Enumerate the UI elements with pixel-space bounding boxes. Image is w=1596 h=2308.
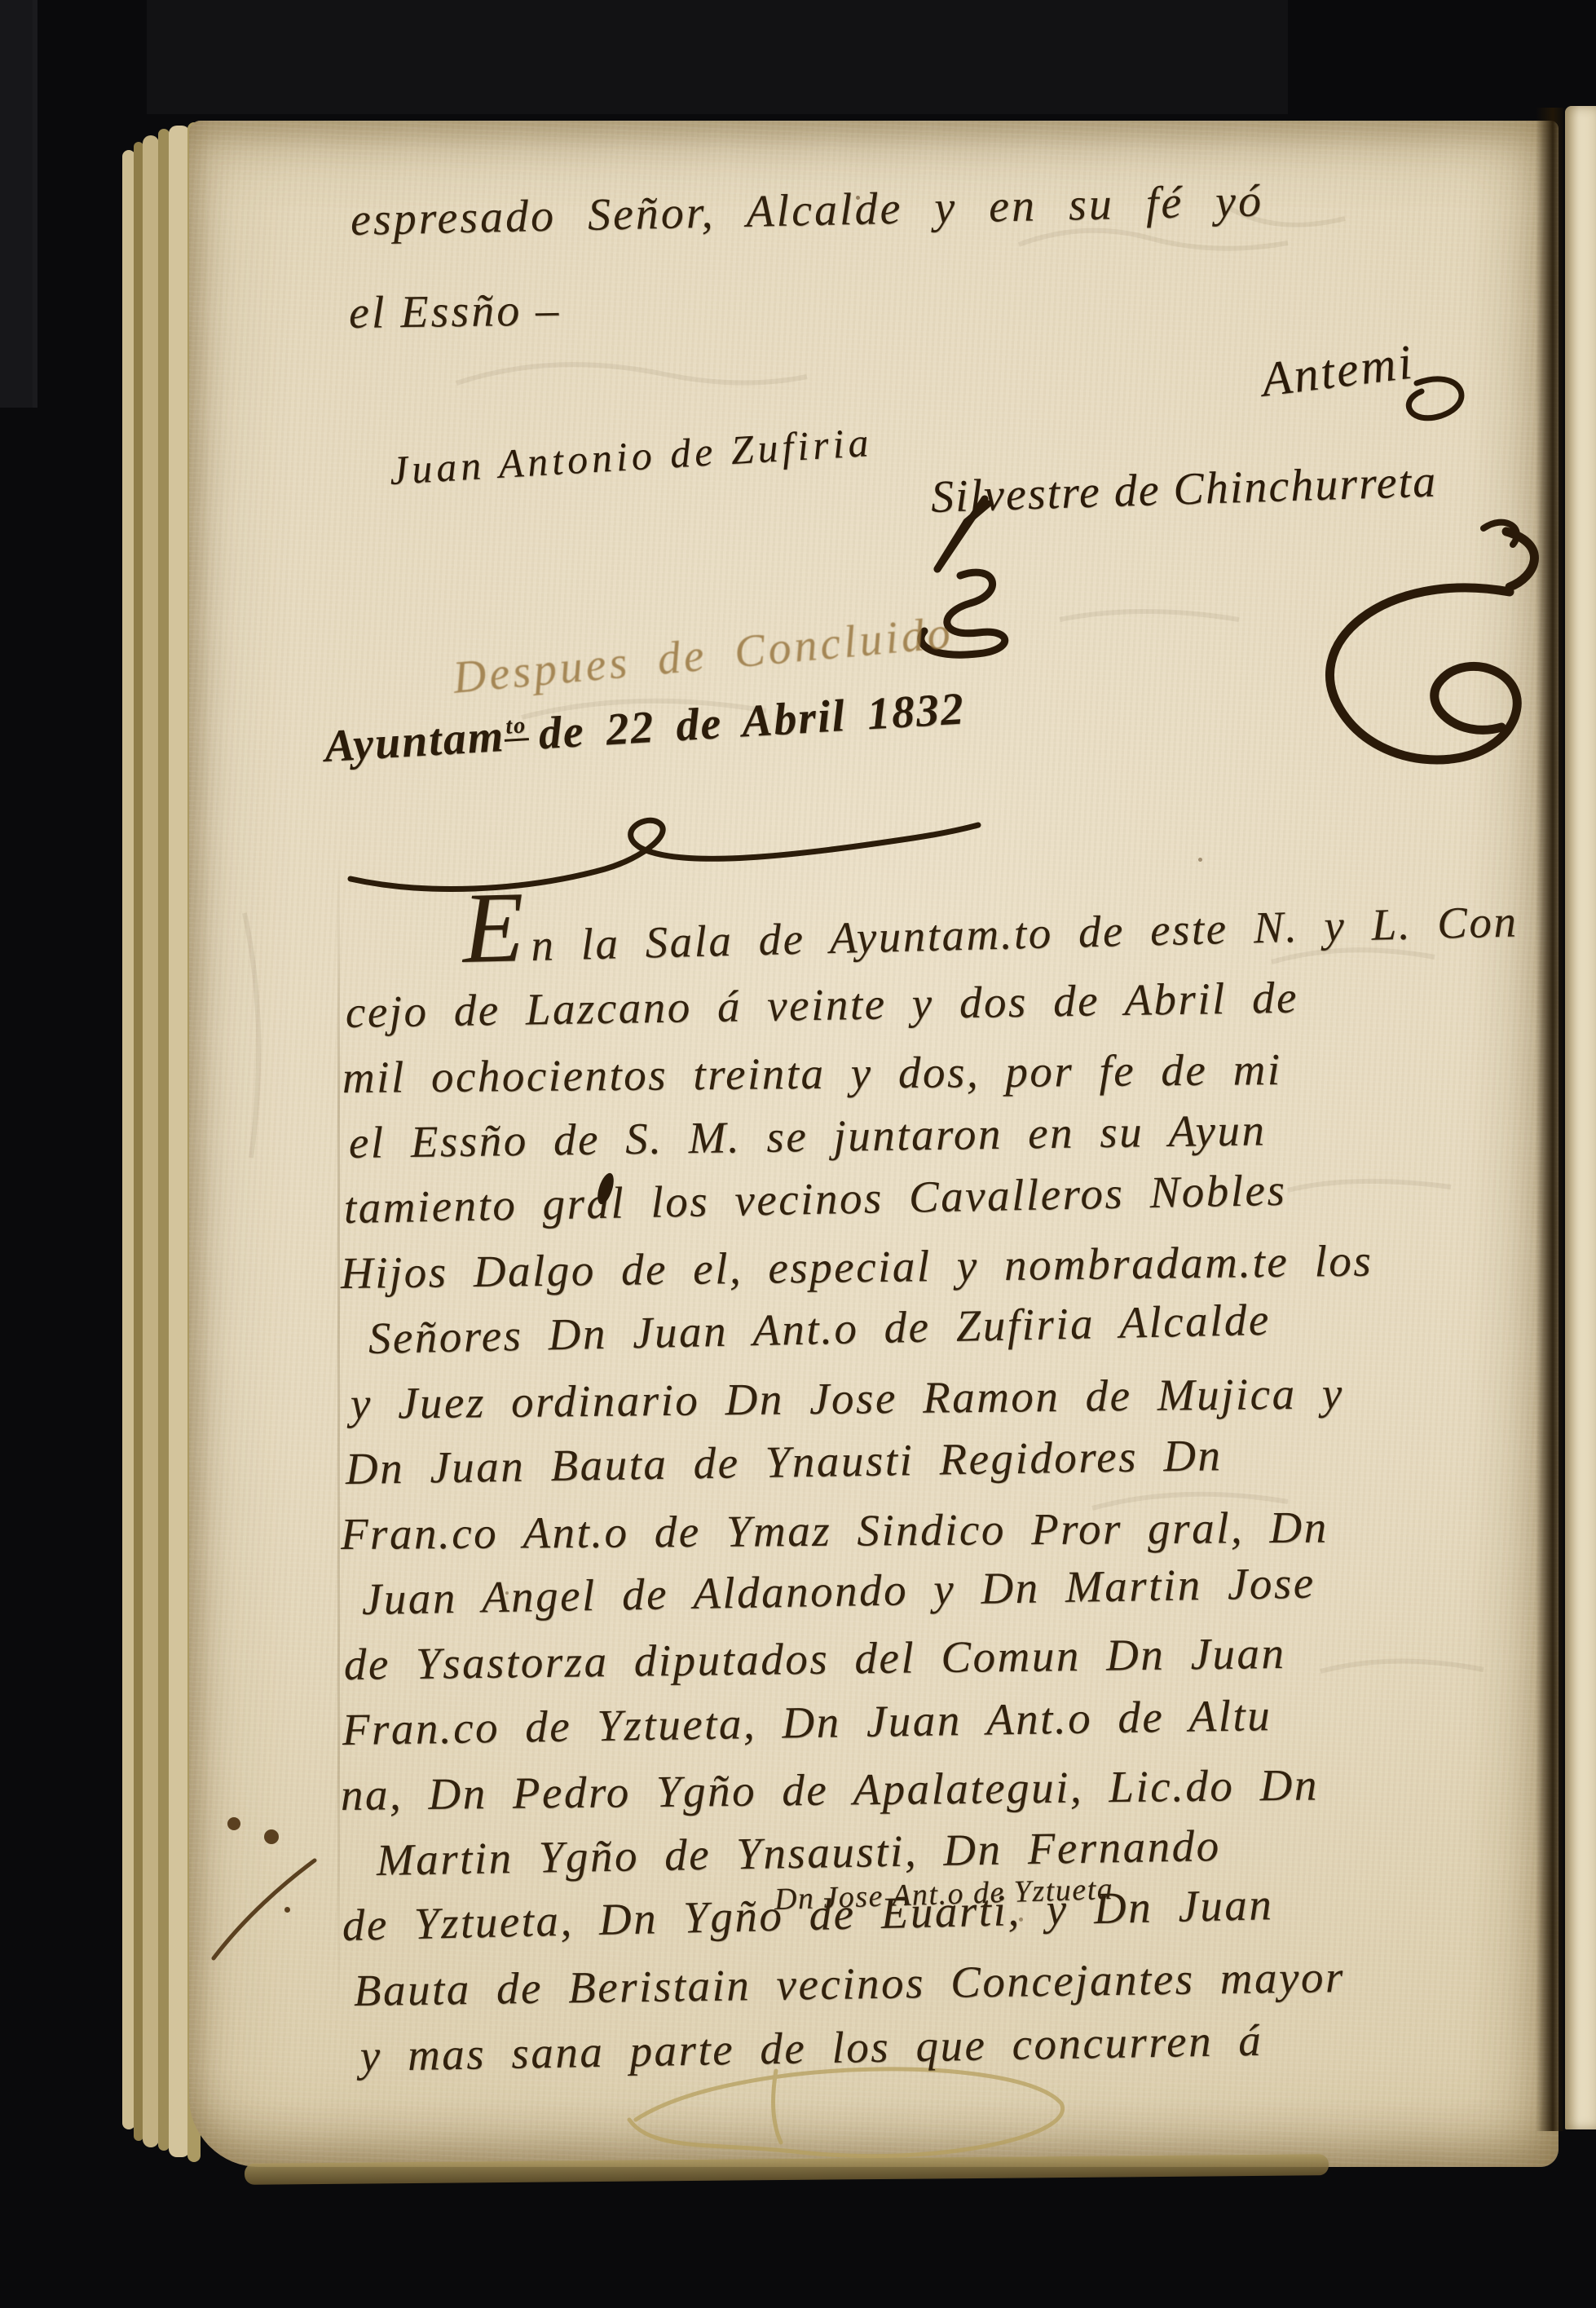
paper-speck [1198, 858, 1202, 862]
paper-speck [505, 1591, 509, 1595]
body-paragraph: En la Sala de Ayuntam.to de este N. y L.… [341, 921, 1555, 2095]
scan-background-panel [0, 0, 33, 408]
paper-speck [1019, 1917, 1023, 1922]
ink-dot [284, 1907, 290, 1913]
adjacent-page-edge [1565, 106, 1596, 2129]
archive-scan: espresado Señor, Alcalde y en su fé yó e… [0, 0, 1596, 2308]
page-fold-crease [337, 848, 340, 2014]
ink-dot [264, 1829, 279, 1844]
session-heading-prefix: Ayuntam [323, 711, 506, 772]
paper-speck [856, 196, 860, 200]
session-heading-superscript: to [503, 713, 529, 742]
opening-line-2: el Essño ‒ [349, 284, 562, 339]
scan-background-panel [0, 0, 37, 408]
page-edge-strip [143, 135, 159, 2147]
scan-background-panel [147, 0, 1288, 114]
page-edge-strip [158, 129, 170, 2151]
ink-dot [227, 1817, 240, 1830]
